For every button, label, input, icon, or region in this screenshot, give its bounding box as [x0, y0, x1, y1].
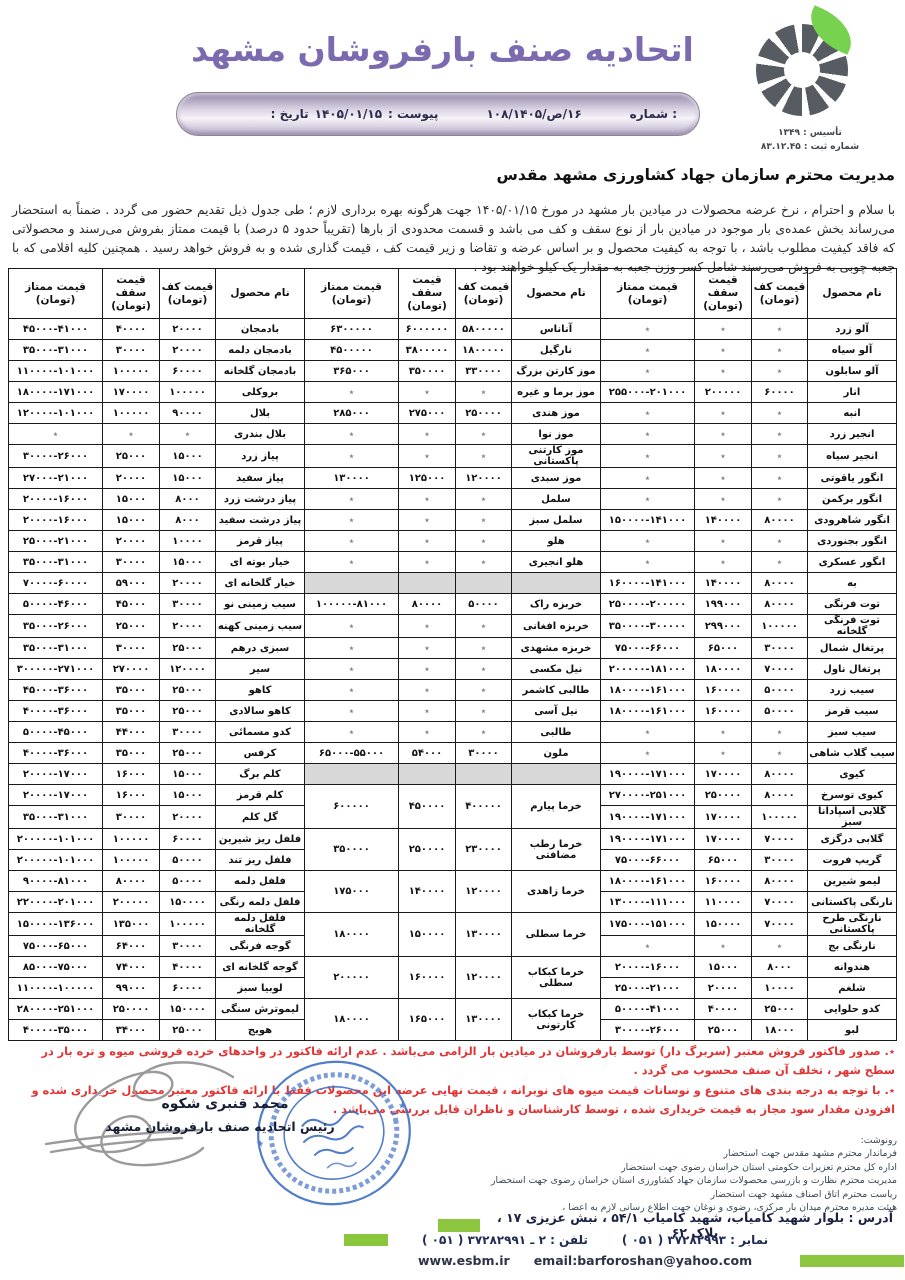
cc-block: رونوشت: فرماندار محترم مشهد مقدس جهت است… [491, 1134, 897, 1214]
premium-price-cell: ٭ [305, 701, 399, 722]
no-price-asterisk-icon: ٭ [645, 473, 650, 484]
no-price-asterisk-icon: ٭ [645, 366, 650, 377]
premium-price-cell: ۲۲۰۰۰۰-۲۰۱۰۰۰ [9, 892, 103, 913]
premium-price-cell: ۲۰۰۰۰۰ [305, 957, 399, 999]
premium-price-cell: ۱۵۰۰۰۰-۱۴۱۰۰۰ [601, 510, 695, 531]
product-name-cell: خرما زاهدی [512, 871, 601, 913]
floor-price-cell: ۸۰۰۰۰ [752, 510, 808, 531]
ceiling-price-cell: ۴۴۰۰۰ [103, 722, 160, 743]
premium-price-cell: ۱۲۰۰۰۰-۱۰۱۰۰۰ [9, 403, 103, 424]
ceiling-price-cell: ٭ [399, 615, 456, 638]
cc-item: اداره کل محترم تعزیرات حکومتی استان خراس… [491, 1161, 897, 1174]
product-name-cell: موز سبدی [512, 468, 601, 489]
premium-price-cell: ۱۷۵۰۰۰ [305, 871, 399, 913]
product-name-cell: کیوی توسرخ [808, 785, 897, 806]
col-header-ceiling: قیمت سقف(تومان) [103, 269, 160, 319]
no-price-asterisk-icon: ٭ [645, 494, 650, 505]
floor-price-cell: ۱۰۰۰۰ [752, 978, 808, 999]
no-price-asterisk-icon: ٭ [349, 451, 354, 462]
floor-price-cell: ۳۰۰۰۰ [456, 743, 512, 764]
floor-price-cell: ۸۰۰۰ [160, 489, 216, 510]
no-price-asterisk-icon: ٭ [645, 727, 650, 738]
premium-price-cell: ۱۳۰۰۰۰-۱۱۱۰۰۰ [601, 892, 695, 913]
floor-price-cell: ٭ [456, 424, 512, 445]
cc-item: ریاست محترم اتاق اصناف مشهد جهت استحضار [491, 1188, 897, 1201]
product-name-cell: کاهو سالادی [216, 701, 305, 722]
no-price-asterisk-icon: ٭ [720, 429, 725, 440]
product-name-cell: گوجه فرنگی [216, 936, 305, 957]
col-header-floor: قیمت کف(تومان) [456, 269, 512, 319]
ceiling-price-cell: ۱۸۰۰۰۰ [695, 659, 752, 680]
floor-price-cell: ٭ [456, 659, 512, 680]
premium-price-cell: ۴۵۰۰۰۰۰ [305, 340, 399, 361]
floor-price-cell: ۲۵۰۰۰ [752, 999, 808, 1020]
table-row: پرتغال ناول۷۰۰۰۰۱۸۰۰۰۰۲۰۰۰۰۰-۱۸۱۰۰۰نیل م… [9, 659, 897, 680]
ceiling-price-cell: ۱۳۵۰۰۰ [103, 913, 160, 936]
premium-price-cell: ۴۵۰۰۰-۳۶۰۰۰ [9, 680, 103, 701]
ceiling-price-cell: ٭ [695, 936, 752, 957]
no-price-asterisk-icon: ٭ [349, 727, 354, 738]
no-price-asterisk-icon: ٭ [777, 408, 782, 419]
product-name-cell: موز برما و غیره [512, 382, 601, 403]
premium-price-cell: ۵۰۰۰۰-۴۵۰۰۰ [9, 722, 103, 743]
floor-price-cell: ٭ [456, 701, 512, 722]
premium-price-cell: ۲۷۰۰۰۰-۲۵۱۰۰۰ [601, 785, 695, 806]
green-accent-bar [438, 1219, 480, 1232]
floor-price-cell: ۵۰۰۰۰ [160, 850, 216, 871]
premium-price-cell: ٭ [601, 319, 695, 340]
floor-price-cell: ٭ [456, 531, 512, 552]
product-name-cell: نارنگی بج [808, 936, 897, 957]
floor-price-cell: ٭ [456, 680, 512, 701]
no-price-asterisk-icon: ٭ [481, 643, 486, 654]
premium-price-cell: ۲۰۰۰۰-۱۷۰۰۰ [9, 764, 103, 785]
product-name-cell: لوبیا سبز [216, 978, 305, 999]
green-accent-bar [800, 1255, 904, 1267]
premium-price-cell: ۲۸۵۰۰۰ [305, 403, 399, 424]
premium-price-cell: ۱۸۰۰۰۰ [305, 913, 399, 957]
table-row: هندوانه۸۰۰۰۱۵۰۰۰۲۰۰۰۰-۱۶۰۰۰خرما کبکاب سط… [9, 957, 897, 978]
no-price-asterisk-icon: ٭ [349, 685, 354, 696]
no-price-asterisk-icon: ٭ [481, 387, 486, 398]
floor-price-cell: ۲۳۰۰۰۰ [456, 829, 512, 871]
floor-price-cell: ۱۲۰۰۰۰ [456, 871, 512, 913]
premium-price-cell: ٭ [601, 340, 695, 361]
premium-price-cell: ۹۰۰۰۰-۸۱۰۰۰ [9, 871, 103, 892]
separator-cell [399, 764, 456, 785]
ceiling-price-cell: ۴۵۰۰۰۰ [399, 785, 456, 829]
ceiling-price-cell: ٭ [399, 701, 456, 722]
floor-price-cell: ۶۰۰۰۰ [752, 382, 808, 403]
no-price-asterisk-icon: ٭ [424, 706, 429, 717]
website-text[interactable]: www.esbm.ir [418, 1253, 510, 1268]
floor-price-cell: ۶۰۰۰۰ [160, 361, 216, 382]
premium-price-cell: ٭ [305, 531, 399, 552]
stamp-star-icon: ٭ [256, 1134, 264, 1152]
ceiling-price-cell: ۶۰۰۰۰۰۰ [399, 319, 456, 340]
product-name-cell: سیب زمینی نو [216, 594, 305, 615]
product-name-cell: پیاز قرمز [216, 531, 305, 552]
premium-price-cell: ٭ [601, 936, 695, 957]
product-name-cell: سبزی درهم [216, 638, 305, 659]
floor-price-cell: ۱۳۰۰۰۰ [456, 913, 512, 957]
table-body: آلو زرد٭٭٭آناناس۵۸۰۰۰۰۰۶۰۰۰۰۰۰۶۳۰۰۰۰۰باد… [9, 319, 897, 1041]
product-name-cell: بادمجان گلخانه [216, 361, 305, 382]
premium-price-cell: ۱۶۰۰۰۰-۱۴۱۰۰۰ [601, 573, 695, 594]
separator-cell [456, 764, 512, 785]
ceiling-price-cell: ۱۷۰۰۰۰ [695, 829, 752, 850]
product-name-cell: طالبی [512, 722, 601, 743]
no-price-asterisk-icon: ٭ [424, 515, 429, 526]
product-name-cell: گوجه گلخانه ای [216, 957, 305, 978]
ceiling-price-cell: ۳۵۰۰۰ [103, 680, 160, 701]
table-row: توت فرنگی۸۰۰۰۰۱۹۹۰۰۰۲۵۰۰۰۰-۲۰۰۰۰۰خربزه ر… [9, 594, 897, 615]
price-table: نام محصولقیمت کف(تومان)قیمت سقف(تومان)قی… [8, 268, 897, 1041]
phone-line: تلفن : ۲ ـ ۳۷۲۸۲۹۹۱ ( ۰۵۱ ) نمابر : ۳۷۲۸… [344, 1233, 904, 1247]
ceiling-price-cell: ۴۵۰۰۰ [103, 594, 160, 615]
table-row: انگور عسکری٭٭٭هلو انجیری٭٭٭خیار بوته ای۱… [9, 552, 897, 573]
product-name-cell: موز کارتن بزرگ [512, 361, 601, 382]
floor-price-cell: ۲۰۰۰۰ [160, 573, 216, 594]
floor-price-cell: ۸۰۰۰ [160, 510, 216, 531]
no-price-asterisk-icon: ٭ [424, 621, 429, 632]
floor-price-cell: ٭ [752, 743, 808, 764]
floor-price-cell: ۱۵۰۰۰۰ [160, 892, 216, 913]
col-header-premium: قیمت ممتاز(تومان) [305, 269, 399, 319]
no-price-asterisk-icon: ٭ [777, 536, 782, 547]
floor-price-cell: ٭ [752, 361, 808, 382]
ceiling-price-cell: ۱۰۰۰۰۰ [103, 829, 160, 850]
product-name-cell: به [808, 573, 897, 594]
floor-price-cell: ٭ [752, 468, 808, 489]
floor-price-cell: ۸۰۰۰۰ [752, 764, 808, 785]
ceiling-price-cell: ۱۰۰۰۰۰ [103, 403, 160, 424]
premium-price-cell: ۱۹۰۰۰۰-۱۷۱۰۰۰ [601, 764, 695, 785]
phone-text: تلفن : ۲ ـ ۳۷۲۸۲۹۹۱ ( ۰۵۱ ) [422, 1233, 588, 1247]
ref-number-value: ۱۶/ص/۱۰۸/۱۴۰۵ [486, 107, 581, 121]
table-row: سیب زرد۵۰۰۰۰۱۶۰۰۰۰۱۸۰۰۰۰-۱۶۱۰۰۰طالبی کاش… [9, 680, 897, 701]
separator-cell [512, 764, 601, 785]
floor-price-cell: ۵۸۰۰۰۰۰ [456, 319, 512, 340]
table-row: آلو سابلون٭٭٭موز کارتن بزرگ۳۳۰۰۰۰۳۵۰۰۰۰۳… [9, 361, 897, 382]
no-price-asterisk-icon: ٭ [645, 408, 650, 419]
green-accent-bar [344, 1234, 388, 1246]
premium-price-cell: ٭ [601, 403, 695, 424]
col-header-floor: قیمت کف(تومان) [752, 269, 808, 319]
col-header-ceiling: قیمت سقف(تومان) [399, 269, 456, 319]
ceiling-price-cell: ٭ [695, 403, 752, 424]
product-name-cell: آلو سیاه [808, 340, 897, 361]
premium-price-cell: ٭ [305, 722, 399, 743]
no-price-asterisk-icon: ٭ [349, 515, 354, 526]
floor-price-cell: ۸۰۰۰۰ [752, 785, 808, 806]
no-price-asterisk-icon: ٭ [777, 557, 782, 568]
product-name-cell: هلو [512, 531, 601, 552]
email-text[interactable]: email:barforoshan@yahoo.com [534, 1253, 752, 1268]
table-row: انگور یاقوتی٭٭٭موز سبدی۱۲۰۰۰۰۱۲۵۰۰۰۱۳۰۰۰… [9, 468, 897, 489]
product-name-cell: انگور یاقوتی [808, 468, 897, 489]
premium-price-cell: ٭ [305, 424, 399, 445]
ceiling-price-cell: ٭ [399, 489, 456, 510]
product-name-cell: توت فرنگی گلخانه [808, 615, 897, 638]
no-price-asterisk-icon: ٭ [777, 941, 782, 952]
product-name-cell: توت فرنگی [808, 594, 897, 615]
no-price-asterisk-icon: ٭ [720, 494, 725, 505]
ref-pill: شماره : ۱۶/ص/۱۰۸/۱۴۰۵ تاریخ : ۱۴۰۵/۰۱/۱۵… [176, 92, 700, 136]
no-price-asterisk-icon: ٭ [720, 727, 725, 738]
premium-price-cell: ٭ [305, 382, 399, 403]
floor-price-cell: ۲۵۰۰۰ [160, 680, 216, 701]
premium-price-cell: ۲۰۰۰۰۰-۱۰۱۰۰۰ [9, 850, 103, 871]
floor-price-cell: ٭ [160, 424, 216, 445]
no-price-asterisk-icon: ٭ [720, 451, 725, 462]
premium-price-cell: ۳۶۵۰۰۰ [305, 361, 399, 382]
product-name-cell: سلمل سبز [512, 510, 601, 531]
floor-price-cell: ٭ [456, 615, 512, 638]
premium-price-cell: ۷۰۰۰۰-۶۰۰۰۰ [9, 573, 103, 594]
ceiling-price-cell: ٭ [695, 445, 752, 468]
floor-price-cell: ٭ [752, 531, 808, 552]
floor-price-cell: ٭ [752, 936, 808, 957]
product-name-cell: خربزه مشهدی [512, 638, 601, 659]
floor-price-cell: ۱۸۰۰۰ [752, 1020, 808, 1041]
ceiling-price-cell: ۸۰۰۰۰ [399, 594, 456, 615]
floor-price-cell: ۱۵۰۰۰۰ [160, 999, 216, 1020]
product-name-cell: طالبی کاشمر [512, 680, 601, 701]
ceiling-price-cell: ۷۴۰۰۰ [103, 957, 160, 978]
ceiling-price-cell: ۶۴۰۰۰ [103, 936, 160, 957]
no-price-asterisk-icon: ٭ [128, 429, 133, 440]
separator-cell [456, 573, 512, 594]
ceiling-price-cell: ۱۶۵۰۰۰ [399, 999, 456, 1041]
cc-item: مدیریت محترم نظارت و بازرسی محصولات سازم… [491, 1174, 897, 1187]
table-row: لیمو شیرین۸۰۰۰۰۱۶۰۰۰۰۱۸۰۰۰۰-۱۶۱۰۰۰خرما ز… [9, 871, 897, 892]
ceiling-price-cell: ۹۹۰۰۰ [103, 978, 160, 999]
premium-price-cell: ٭ [601, 531, 695, 552]
product-name-cell: هویج [216, 1020, 305, 1041]
ceiling-price-cell: ۱۷۰۰۰۰ [103, 382, 160, 403]
stamp-star-icon: ٭ [398, 1096, 406, 1114]
premium-price-cell: ۵۰۰۰۰-۴۱۰۰۰ [601, 999, 695, 1020]
premium-price-cell: ۳۵۰۰۰-۳۱۰۰۰ [9, 638, 103, 659]
floor-price-cell: ۱۲۰۰۰۰ [456, 468, 512, 489]
product-name-cell: سلمل [512, 489, 601, 510]
ref-number-label: شماره : [630, 107, 677, 121]
premium-price-cell: ۳۵۰۰۰۰ [305, 829, 399, 871]
premium-price-cell: ۱۵۰۰۰۰-۱۳۶۰۰۰ [9, 913, 103, 936]
no-price-asterisk-icon: ٭ [349, 557, 354, 568]
ceiling-price-cell: ٭ [399, 445, 456, 468]
product-name-cell: خرما رطب مضافتی [512, 829, 601, 871]
no-price-asterisk-icon: ٭ [481, 557, 486, 568]
ceiling-price-cell: ۲۷۵۰۰۰ [399, 403, 456, 424]
premium-price-cell: ۲۵۵۰۰۰-۲۰۱۰۰۰ [601, 382, 695, 403]
signatory-title: رئیس اتحادیه صنف بارفروشان مشهد [80, 1119, 360, 1134]
premium-price-cell: ۶۰۰۰۰۰ [305, 785, 399, 829]
floor-price-cell: ٭ [752, 340, 808, 361]
no-price-asterisk-icon: ٭ [720, 473, 725, 484]
product-name-cell: فلفل دلمه رنگی [216, 892, 305, 913]
ceiling-price-cell: ٭ [399, 680, 456, 701]
premium-price-cell: ۸۵۰۰۰-۷۵۰۰۰ [9, 957, 103, 978]
product-name-cell: خرما کبکاب کارتونی [512, 999, 601, 1041]
no-price-asterisk-icon: ٭ [424, 536, 429, 547]
floor-price-cell: ٭ [752, 445, 808, 468]
ceiling-price-cell: ۲۰۰۰۰۰ [695, 382, 752, 403]
floor-price-cell: ۲۰۰۰۰ [160, 319, 216, 340]
product-name-cell: سیب گلاب شاهی [808, 743, 897, 764]
header-row: نام محصولقیمت کف(تومان)قیمت سقف(تومان)قی… [9, 269, 897, 319]
floor-price-cell: ۲۰۰۰۰ [160, 806, 216, 829]
ceiling-price-cell: ٭ [399, 638, 456, 659]
premium-price-cell: ٭ [305, 552, 399, 573]
no-price-asterisk-icon: ٭ [349, 643, 354, 654]
no-price-asterisk-icon: ٭ [777, 366, 782, 377]
floor-price-cell: ۵۰۰۰۰ [752, 680, 808, 701]
no-price-asterisk-icon: ٭ [645, 451, 650, 462]
premium-price-cell: ٭ [601, 743, 695, 764]
no-price-asterisk-icon: ٭ [424, 429, 429, 440]
premium-price-cell: ٭ [305, 445, 399, 468]
premium-price-cell: ۳۰۰۰۰۰-۲۷۱۰۰۰ [9, 659, 103, 680]
no-price-asterisk-icon: ٭ [481, 706, 486, 717]
no-price-asterisk-icon: ٭ [349, 429, 354, 440]
product-name-cell: فلفل دلمه گلخانه [216, 913, 305, 936]
floor-price-cell: ۶۰۰۰۰ [160, 978, 216, 999]
floor-price-cell: ۵۰۰۰۰ [456, 594, 512, 615]
ceiling-price-cell: ۱۹۹۰۰۰ [695, 594, 752, 615]
table-row: آلو سیاه٭٭٭نارگیل۱۸۰۰۰۰۰۳۸۰۰۰۰۰۴۵۰۰۰۰۰با… [9, 340, 897, 361]
no-price-asterisk-icon: ٭ [777, 429, 782, 440]
no-price-asterisk-icon: ٭ [53, 429, 58, 440]
product-name-cell: گل کلم [216, 806, 305, 829]
ceiling-price-cell: ۳۵۰۰۰ [103, 701, 160, 722]
product-name-cell: پیاز زرد [216, 445, 305, 468]
product-name-cell: بلال [216, 403, 305, 424]
ceiling-price-cell: ۵۹۰۰۰ [103, 573, 160, 594]
ceiling-price-cell: ۱۵۰۰۰۰ [399, 913, 456, 957]
floor-price-cell: ۱۵۰۰۰ [160, 468, 216, 489]
premium-price-cell: ۲۷۰۰۰-۲۱۰۰۰ [9, 468, 103, 489]
ceiling-price-cell: ٭ [695, 424, 752, 445]
col-header-name: نام محصول [512, 269, 601, 319]
no-price-asterisk-icon: ٭ [645, 345, 650, 356]
ceiling-price-cell: ٭ [399, 722, 456, 743]
premium-price-cell: ۱۰۰۰۰۰-۸۱۰۰۰ [305, 594, 399, 615]
product-name-cell: ملون [512, 743, 601, 764]
col-header-premium: قیمت ممتاز(تومان) [9, 269, 103, 319]
ceiling-price-cell: ۱۶۰۰۰ [103, 764, 160, 785]
premium-price-cell: ٭ [601, 489, 695, 510]
floor-price-cell: ۱۵۰۰۰ [160, 785, 216, 806]
product-name-cell: کدو مسمائی [216, 722, 305, 743]
no-price-asterisk-icon: ٭ [424, 451, 429, 462]
ceiling-price-cell: ۲۵۰۰۰۰ [695, 785, 752, 806]
product-name-cell: انگور برکمن [808, 489, 897, 510]
ceiling-price-cell: ۱۴۰۰۰۰ [695, 573, 752, 594]
fax-text: نمابر : ۳۷۲۸۲۹۹۳ ( ۰۵۱ ) [622, 1233, 768, 1247]
premium-price-cell: ۱۱۰۰۰۰-۱۰۰۰۰۰ [9, 978, 103, 999]
floor-price-cell: ۵۰۰۰۰ [160, 871, 216, 892]
no-price-asterisk-icon: ٭ [645, 536, 650, 547]
no-price-asterisk-icon: ٭ [720, 536, 725, 547]
ceiling-price-cell: ٭ [695, 489, 752, 510]
cc-label: رونوشت: [491, 1134, 897, 1147]
product-name-cell: پیاز سفید [216, 468, 305, 489]
ceiling-price-cell: ۳۴۰۰۰ [103, 1020, 160, 1041]
product-name-cell: گریپ فروت [808, 850, 897, 871]
floor-price-cell: ۲۵۰۰۰ [160, 1020, 216, 1041]
floor-price-cell: ٭ [456, 510, 512, 531]
col-header-floor: قیمت کف(تومان) [160, 269, 216, 319]
product-name-cell: خرما کبکاب سطلی [512, 957, 601, 999]
premium-price-cell: ۱۷۵۰۰۰-۱۵۱۰۰۰ [601, 913, 695, 936]
product-name-cell: خربزه راک [512, 594, 601, 615]
premium-price-cell: ۷۵۰۰۰-۶۵۰۰۰ [9, 936, 103, 957]
no-price-asterisk-icon: ٭ [349, 621, 354, 632]
no-price-asterisk-icon: ٭ [777, 451, 782, 462]
no-price-asterisk-icon: ٭ [720, 366, 725, 377]
premium-price-cell: ۱۳۰۰۰۰ [305, 468, 399, 489]
no-price-asterisk-icon: ٭ [645, 941, 650, 952]
ceiling-price-cell: ۳۸۰۰۰۰۰ [399, 340, 456, 361]
product-name-cell: انگور بجنوردی [808, 531, 897, 552]
attachment-label: پیوست : [388, 107, 438, 121]
floor-price-cell: ٭ [752, 403, 808, 424]
no-price-asterisk-icon: ٭ [424, 643, 429, 654]
ceiling-price-cell: ۱۵۰۰۰۰ [695, 913, 752, 936]
table-row: کدو حلوایی۲۵۰۰۰۴۰۰۰۰۵۰۰۰۰-۴۱۰۰۰خرما کبکا… [9, 999, 897, 1020]
ceiling-price-cell: ۳۰۰۰۰ [103, 552, 160, 573]
org-title: اتحادیه صنف بارفروشان مشهد [185, 30, 700, 69]
ceiling-price-cell: ۱۷۰۰۰۰ [695, 806, 752, 829]
product-name-cell: انار [808, 382, 897, 403]
ceiling-price-cell: ۲۷۰۰۰۰ [103, 659, 160, 680]
floor-price-cell: ۳۰۰۰۰ [752, 850, 808, 871]
floor-price-cell: ۲۵۰۰۰ [160, 743, 216, 764]
table-row: کیوی۸۰۰۰۰۱۷۰۰۰۰۱۹۰۰۰۰-۱۷۱۰۰۰کلم برگ۱۵۰۰۰… [9, 764, 897, 785]
no-price-asterisk-icon: ٭ [777, 494, 782, 505]
ceiling-price-cell: ٭ [695, 552, 752, 573]
no-price-asterisk-icon: ٭ [777, 748, 782, 759]
product-name-cell: بادمجان دلمه [216, 340, 305, 361]
premium-price-cell: ۳۵۰۰۰-۳۱۰۰۰ [9, 552, 103, 573]
floor-price-cell: ٭ [456, 722, 512, 743]
no-price-asterisk-icon: ٭ [424, 664, 429, 675]
table-row: انار۶۰۰۰۰۲۰۰۰۰۰۲۵۵۰۰۰-۲۰۱۰۰۰موز برما و غ… [9, 382, 897, 403]
no-price-asterisk-icon: ٭ [645, 557, 650, 568]
no-price-asterisk-icon: ٭ [481, 685, 486, 696]
product-name-cell: فلفل ریز تند [216, 850, 305, 871]
no-price-asterisk-icon: ٭ [720, 324, 725, 335]
table-row: توت فرنگی گلخانه۱۰۰۰۰۰۲۹۹۰۰۰۳۵۰۰۰۰-۳۰۰۰۰… [9, 615, 897, 638]
separator-cell [512, 573, 601, 594]
col-header-ceiling: قیمت سقف(تومان) [695, 269, 752, 319]
floor-price-cell: ٭ [456, 489, 512, 510]
product-name-cell: فلفل ریز شیرین [216, 829, 305, 850]
table-row: انگور شاهرودی۸۰۰۰۰۱۴۰۰۰۰۱۵۰۰۰۰-۱۴۱۰۰۰سلم… [9, 510, 897, 531]
premium-price-cell: ۲۵۰۰۰-۲۱۰۰۰ [9, 531, 103, 552]
no-price-asterisk-icon: ٭ [185, 429, 190, 440]
floor-price-cell: ۱۰۰۰۰۰ [160, 382, 216, 403]
product-name-cell: نارنگی طرح پاکستانی [808, 913, 897, 936]
product-name-cell: کلم قرمز [216, 785, 305, 806]
ceiling-price-cell: ۲۹۹۰۰۰ [695, 615, 752, 638]
ceiling-price-cell: ۱۶۰۰۰ [103, 785, 160, 806]
product-name-cell: کاهو [216, 680, 305, 701]
product-name-cell: آلو سابلون [808, 361, 897, 382]
product-name-cell: لیمو شیرین [808, 871, 897, 892]
